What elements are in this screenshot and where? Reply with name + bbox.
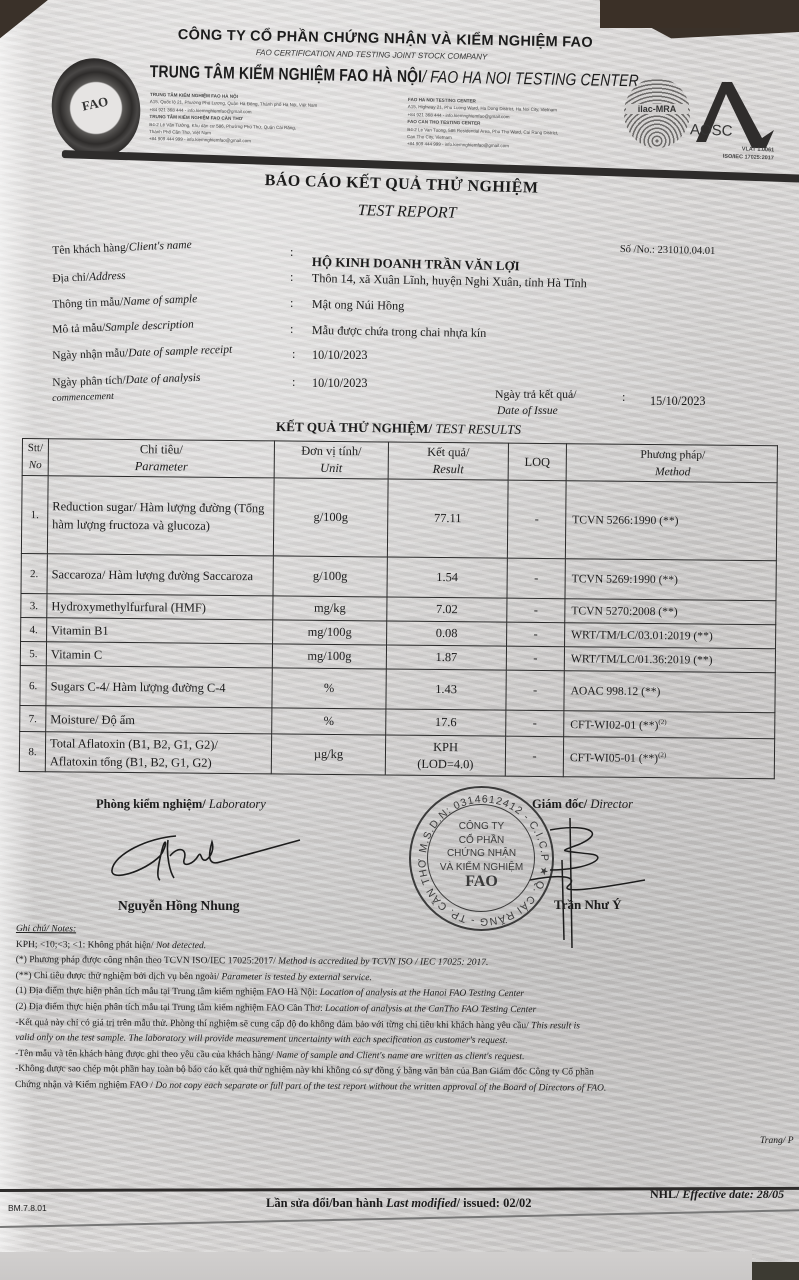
director-label-en: Director xyxy=(587,797,633,811)
cell-parameter: Hydroxymethylfurfural (HMF) xyxy=(47,594,273,620)
revision-info: Lần sửa đổi/ban hành Last modified/ issu… xyxy=(266,1196,532,1211)
colon: : xyxy=(292,347,295,362)
page-bottom xyxy=(0,1252,752,1280)
seal-line: CÔNG TY xyxy=(459,821,504,832)
method-value: TCVN 5270:2008 (**) xyxy=(571,604,677,618)
sample-name-value: Mật ong Núi Hồng xyxy=(312,297,405,314)
cell-result: 0.08 xyxy=(387,621,507,646)
note-text-vn: (1) Địa điểm thực hiện phân tích mẫu tại… xyxy=(16,986,320,998)
lab-signature-icon xyxy=(108,826,308,886)
label-en: Date of analysis xyxy=(125,372,200,387)
cell-result: 1.87 xyxy=(386,645,506,670)
form-code: BM.7.8.01 xyxy=(8,1203,47,1213)
background-surface xyxy=(600,0,740,28)
colon: : xyxy=(290,245,293,260)
cell-result: 1.54 xyxy=(387,557,507,598)
note-text-en: Method is accredited by TCVN ISO / IEC 1… xyxy=(278,957,488,968)
center-name-en: / FAO HA NOI TESTING CENTER xyxy=(422,67,639,90)
note-text-en: Location of analysis at the CanTho FAO T… xyxy=(325,1004,536,1015)
cell-result: KPH(LOD=4.0) xyxy=(385,735,505,776)
analysis-date-label-cont: commencement xyxy=(52,391,114,404)
results-title-en: TEST RESULTS xyxy=(432,421,521,437)
ilac-mra-logo: ilac-MRA xyxy=(624,78,690,148)
revision-value: / issued: 02/02 xyxy=(457,1196,532,1210)
lab-label-en: Laboratory xyxy=(206,797,266,811)
cell-parameter: Moisture/ Độ ẩm xyxy=(46,706,272,734)
cell-loq: - xyxy=(507,622,565,647)
results-title-vn: KẾT QUẢ THỬ NGHIỆM/ xyxy=(276,419,432,436)
method-value: TCVN 5266:1990 (**) xyxy=(572,513,678,527)
cell-no: 6. xyxy=(20,665,46,705)
col-header-unit: Đơn vị tính/Unit xyxy=(274,441,388,479)
cell-loq: - xyxy=(507,480,566,559)
address-label: Địa chỉ/Address xyxy=(52,268,126,286)
laboratory-label: Phòng kiểm nghiệm/ Laboratory xyxy=(96,797,266,812)
seal-line: VÀ KIỂM NGHIỆM xyxy=(440,862,523,873)
col-header-loq: LOQ xyxy=(508,443,566,481)
address-cantho-title: FAO CAN THO TESTING CENTER xyxy=(407,119,480,126)
cell-result: 77.11 xyxy=(387,479,508,558)
note-text-vn: (**) Chỉ tiêu được thử nghiệm bởi dịch v… xyxy=(16,971,222,982)
label-vn: Địa chỉ/ xyxy=(52,271,89,285)
cell-method: TCVN 5269:1990 (**) xyxy=(565,559,776,601)
cell-no: 3. xyxy=(21,593,47,617)
method-value: WRT/TM/LC/03.01:2019 (**) xyxy=(571,628,713,642)
note-text-en: Location of analysis at the Hanoi FAO Te… xyxy=(320,988,524,999)
results-table: Stt/No Chỉ tiêu/Parameter Đơn vị tính/Un… xyxy=(19,438,778,779)
table-row: 8. Total Aflatoxin (B1, B2, G1, G2)/ Afl… xyxy=(19,731,774,778)
header-vn: Stt/ xyxy=(28,442,43,454)
cell-method: CFT-WI02-01 (**)(2) xyxy=(564,711,775,739)
cell-result: 1.43 xyxy=(386,669,506,710)
seal-line: CỔ PHẦN xyxy=(459,835,505,846)
cell-unit: mg/kg xyxy=(273,596,387,621)
cell-result: 17.6 xyxy=(386,709,506,736)
method-value: TCVN 5269:1990 (**) xyxy=(572,572,678,586)
label-vn: Mô tả mẫu/ xyxy=(52,322,105,336)
lab-signer-name: Nguyễn Hồng Nhung xyxy=(118,898,240,914)
address-line: +84 921 368 444 - info.kiemnghiemfao@gma… xyxy=(408,112,510,119)
revision-label-vn: Lần sửa đổi/ban hành xyxy=(266,1196,386,1210)
method-value: CFT-WI02-01 (**) xyxy=(570,718,658,732)
cell-method: AOAC 998.12 (**) xyxy=(564,671,775,713)
address-cantho-title: TRUNG TÂM KIỂM NGHIỆM FAO CẦN THƠ xyxy=(149,114,242,121)
issue-date-label: Ngày trả kết quả/ xyxy=(495,387,577,402)
note-text-en: Do not copy each separate or full part o… xyxy=(155,1081,606,1094)
issue-date-value: 15/10/2023 xyxy=(650,394,706,409)
cell-unit: mg/100g xyxy=(272,644,386,669)
report-title-en: TEST REPORT xyxy=(357,202,456,223)
note-text-vn: -Kết quả này chỉ có giá trị trên mẫu thử… xyxy=(15,1018,531,1031)
aosc-text: AOSC xyxy=(690,121,733,139)
location-footnote: (2) xyxy=(658,718,666,726)
note-text-vn: Chứng nhận và Kiểm nghiệm FAO / xyxy=(15,1080,155,1091)
note-text-en: Parameter is tested by external service. xyxy=(221,972,371,983)
cell-method: TCVN 5266:1990 (**) xyxy=(565,481,777,561)
page-label: Trang/ P xyxy=(760,1136,794,1146)
address-hanoi-title: FAO HA NOI TESTING CENTER xyxy=(408,97,476,104)
note-text-en: This result is xyxy=(531,1021,580,1031)
result-value: KPH xyxy=(433,739,458,753)
cell-no: 2. xyxy=(21,553,47,593)
location-footnote: (2) xyxy=(658,751,666,759)
cell-parameter: Reduction sugar/ Hàm lượng đường (Tổng h… xyxy=(47,476,274,556)
cell-unit: µg/kg xyxy=(271,734,385,775)
col-header-method: Phương pháp/Method xyxy=(566,444,777,483)
label-en: Sample description xyxy=(105,319,194,334)
header-vn: Phương pháp/ xyxy=(640,448,705,462)
cell-parameter: Sugars C-4/ Hàm lượng đường C-4 xyxy=(46,666,272,708)
cell-no: 8. xyxy=(19,731,45,771)
method-value: WRT/TM/LC/01.36:2019 (**) xyxy=(571,652,713,666)
address-line: +84 909 444 999 - info.kiemnghiemfao@gma… xyxy=(407,141,509,148)
seal-line: CHỨNG NHẬN xyxy=(447,848,516,859)
header-en: Method xyxy=(655,465,691,478)
report-number: Số /No.: 231010.04.01 xyxy=(620,244,716,257)
cell-loq: - xyxy=(507,598,565,623)
label-vn: Ngày nhận mẫu/ xyxy=(52,347,128,362)
label-vn: Tên khách hàng/ xyxy=(52,242,129,257)
cell-unit: % xyxy=(272,708,386,735)
header-vn: Kết quả/ xyxy=(427,445,469,459)
effective-label-vn: NHL/ xyxy=(650,1187,682,1201)
ilac-logo-text: ilac-MRA xyxy=(626,104,688,114)
table-row: 1. Reduction sugar/ Hàm lượng đường (Tổn… xyxy=(21,476,777,561)
cell-loq: - xyxy=(506,670,564,711)
result-lod: (LOD=4.0) xyxy=(417,756,473,771)
address-line: Can Tho City, Vietnam xyxy=(407,134,452,140)
col-header-parameter: Chỉ tiêu/Parameter xyxy=(48,439,274,478)
header-en: No xyxy=(29,459,42,471)
cell-parameter: Saccaroza/ Hàm lượng đường Saccaroza xyxy=(47,554,273,596)
director-name: Trần Như Ý xyxy=(554,897,622,913)
note-text-en: valid only on the test sample. The labor… xyxy=(15,1033,508,1046)
effective-label-en: Effective date: 28/05 xyxy=(682,1187,784,1201)
cell-loq: - xyxy=(507,558,565,599)
cell-no: 1. xyxy=(21,476,48,554)
address-line: Thành Phố Cần Thơ, Việt Nam xyxy=(149,129,211,135)
note-text-en: Name of sample and Client's name are wri… xyxy=(276,1050,525,1062)
header-en: Parameter xyxy=(135,459,188,474)
iso-code: ISO/IEC 17025:2017 xyxy=(723,154,774,162)
revision-label-en: Last modified xyxy=(386,1196,456,1210)
cell-parameter: Vitamin C xyxy=(46,642,272,668)
cell-loq: - xyxy=(506,646,564,671)
cell-loq: - xyxy=(506,710,564,737)
colon: : xyxy=(290,322,293,337)
col-header-result: Kết quả/Result xyxy=(388,442,508,480)
colon: : xyxy=(622,390,625,405)
col-header-no: Stt/No xyxy=(22,439,48,476)
cell-method: WRT/TM/LC/03.01:2019 (**) xyxy=(565,623,776,649)
label-en: Name of sample xyxy=(123,293,198,308)
note-text-en: Not detected. xyxy=(156,940,206,950)
fao-logo-text: FAO xyxy=(50,87,139,121)
cell-unit: g/100g xyxy=(273,478,388,557)
note-text-vn: (2) Địa điểm thực hiện phân tích mẫu tại… xyxy=(15,1002,325,1014)
cell-unit: % xyxy=(272,668,386,709)
cell-no: 4. xyxy=(21,617,47,641)
cell-method: CFT-WI05-01 (**)(2) xyxy=(563,737,774,779)
lab-label-vn: Phòng kiểm nghiệm/ xyxy=(96,797,206,811)
address-line: +84 921 368 444 - info.kiemnghiemfao@gma… xyxy=(150,107,252,114)
label-vn: Ngày phân tích/ xyxy=(52,374,126,389)
method-value: CFT-WI05-01 (**) xyxy=(570,751,658,765)
director-label-vn: Giám đốc/ xyxy=(532,797,587,811)
cell-no: 7. xyxy=(20,705,46,731)
colon: : xyxy=(290,296,293,311)
header-vn: Đơn vị tính/ xyxy=(301,444,361,459)
label-en: Client's name xyxy=(129,239,192,254)
cell-unit: g/100g xyxy=(273,556,387,597)
address-hanoi-title: TRUNG TÂM KIỂM NGHIỆM FAO HÀ NỘI xyxy=(150,92,238,99)
address-block-vn: TRUNG TÂM KIỂM NGHIỆM FAO HÀ NỘI A15, Qu… xyxy=(149,91,318,147)
header-vn: Chỉ tiêu/ xyxy=(140,442,183,456)
cell-loq: - xyxy=(505,736,563,777)
vilat-code: VLAT 1.0061 xyxy=(742,146,775,153)
colon: : xyxy=(292,375,295,390)
address-block-en: FAO HA NOI TESTING CENTER A15, Highway 2… xyxy=(407,96,559,151)
cell-unit: mg/100g xyxy=(273,620,387,645)
cell-parameter: Total Aflatoxin (B1, B2, G1, G2)/ Aflato… xyxy=(45,732,271,774)
cell-method: TCVN 5270:2008 (**) xyxy=(565,599,776,625)
note-text-vn: (*) Phương pháp được công nhận theo TCVN… xyxy=(16,955,278,967)
issue-date-label-en: Date of Issue xyxy=(497,405,558,417)
label-en: Date of sample receipt xyxy=(128,344,232,360)
notes-section: Ghi chú/ Notes: KPH; <10;<3; <1: Không p… xyxy=(15,922,799,1098)
center-name-vn: TRUNG TÂM KIỂM NGHIỆM FAO HÀ NỘI xyxy=(150,62,423,86)
label-vn: Ngày trả kết quả/ xyxy=(495,387,577,401)
cell-no: 5. xyxy=(20,641,46,665)
method-value: AOAC 998.12 (**) xyxy=(571,684,661,698)
address-line: +84 909 444 999 - info.kiemnghiemfao@gma… xyxy=(149,136,251,143)
colon: : xyxy=(290,270,293,285)
header-en: Result xyxy=(433,462,464,476)
label-en: Address xyxy=(89,270,126,284)
sample-description-value: Mẫu được chứa trong chai nhựa kín xyxy=(312,323,487,341)
accreditation-codes: VLAT 1.0061 ISO/IEC 17025:2017 xyxy=(690,144,775,163)
background-surface xyxy=(752,1262,799,1280)
note-text-vn: -Không được sao chép một phần hay toàn b… xyxy=(15,1064,594,1078)
note-text-vn: -Tên mẫu và tên khách hàng được ghi theo… xyxy=(15,1049,276,1061)
header-en: Unit xyxy=(320,461,342,475)
note-text-vn: KPH; <10;<3; <1: Không phát hiện/ xyxy=(16,940,156,951)
results-title: KẾT QUẢ THỬ NGHIỆM/ TEST RESULTS xyxy=(276,419,521,438)
cell-method: WRT/TM/LC/01.36:2019 (**) xyxy=(564,647,775,673)
cell-result: 7.02 xyxy=(387,597,507,622)
cell-parameter: Vitamin B1 xyxy=(47,618,273,644)
label-vn: Thông tin mẫu/ xyxy=(52,296,123,311)
receipt-date-value: 10/10/2023 xyxy=(312,348,368,363)
effective-date: NHL/ Effective date: 28/05 xyxy=(650,1187,784,1202)
analysis-date-value: 10/10/2023 xyxy=(312,376,368,391)
